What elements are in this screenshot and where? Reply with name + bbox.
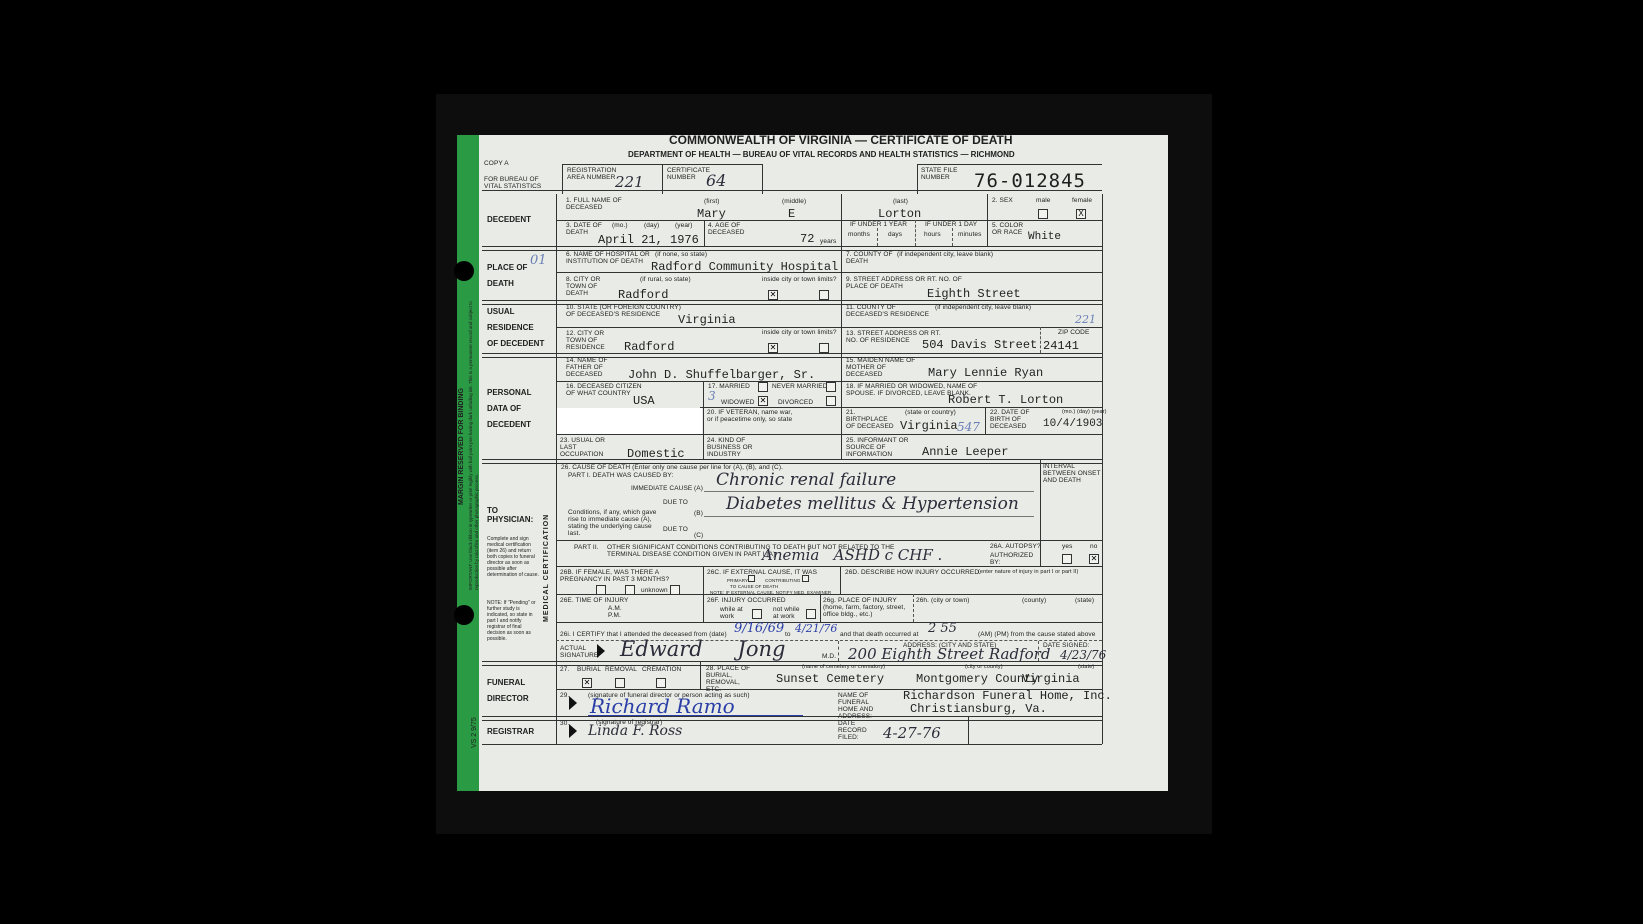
section-place-of: PLACE OF — [487, 263, 527, 272]
race: White — [1028, 231, 1061, 243]
cause-a: Chronic renal failure — [716, 470, 896, 490]
date-of-death: April 21, 1976 — [598, 233, 699, 247]
registrar-signature: Linda F. Ross — [588, 723, 682, 739]
redacted-field-19 — [557, 408, 702, 434]
mo-label: (mo.) — [612, 222, 628, 229]
section-funeral: FUNERAL — [487, 678, 525, 687]
field-3-label: 3. DATE OF DEATH — [566, 222, 602, 236]
hospital-name: Radford Community Hospital — [651, 260, 838, 274]
part-2-label: PART II. — [574, 544, 599, 551]
days-label: days — [888, 231, 902, 238]
physician-signature: Edward Jong — [620, 637, 785, 661]
examiner-note: NOTE: IF EXTERNAL CAUSE, NOTIFY MED. EXA… — [710, 589, 831, 596]
field-30-label: 30. — [560, 720, 569, 727]
death-inside-yes-checkbox[interactable]: ✕ — [768, 290, 778, 300]
field-6-hint: (if none, so state) — [655, 251, 707, 258]
years-label: years — [820, 238, 836, 245]
pregnancy-unknown-checkbox[interactable] — [670, 585, 680, 595]
year-label: (year) — [675, 222, 693, 229]
to-label: to — [785, 631, 791, 638]
field-10-label: 10. STATE (OR FOREIGN COUNTRY) OF DECEAS… — [566, 304, 686, 318]
state-file-label: STATE FILE NUMBER — [921, 167, 961, 181]
never-married-checkbox[interactable] — [826, 382, 836, 392]
field-28-label: 28. PLACE OF BURIAL, REMOVAL, ETC. — [706, 665, 754, 693]
punch-hole-bottom — [454, 605, 474, 625]
section-decedent: DECEDENT — [487, 215, 531, 224]
funeral-home-label: NAME OF FUNERAL HOME AND ADDRESS: — [838, 692, 890, 720]
not-while-work-label: not while at work — [773, 606, 803, 620]
authorized-label: AUTHORIZED BY: — [990, 552, 1030, 566]
field-7-hint: (if independent city, leave blank) — [897, 251, 993, 258]
informant: Annie Leeper — [922, 445, 1008, 459]
date-filed-label: DATE RECORD FILED: — [838, 720, 884, 741]
field-12-label: 12. CITY OR TOWN OF RESIDENCE — [566, 330, 621, 351]
married-checkbox[interactable] — [758, 382, 768, 392]
widowed-label: WIDOWED — [721, 399, 755, 406]
section-of-decedent: OF DECEDENT — [487, 339, 544, 348]
first-name: Mary — [697, 207, 726, 221]
occupation: Domestic — [627, 447, 685, 461]
divorced-checkbox[interactable] — [826, 396, 836, 406]
field-11-label: 11. COUNTY OF DECEASED'S RESIDENCE — [846, 304, 936, 318]
field-26c-label: 26c. IF EXTERNAL CAUSE, IT WAS — [707, 569, 817, 576]
pm-label: P.M. — [608, 612, 621, 619]
zip-code: 24141 — [1043, 339, 1079, 353]
am-pm-label: (AM) (PM) from the cause stated above — [978, 631, 1096, 638]
certificate-subtitle: DEPARTMENT OF HEALTH — BUREAU OF VITAL R… — [628, 150, 1015, 159]
attended-from-date: 9/16/69 — [734, 621, 784, 636]
death-inside-no-checkbox[interactable] — [819, 290, 829, 300]
citizen-country: USA — [633, 394, 655, 408]
injury-county-label: (county) — [1022, 597, 1046, 604]
field-26e-label: 26e. TIME OF INJURY — [560, 597, 628, 604]
under-year-label: IF UNDER 1 YEAR — [850, 221, 907, 228]
field-26d-label: 26d. DESCRIBE HOW INJURY OCCURRED. — [845, 569, 981, 576]
cause-a-tag: (A) — [694, 485, 703, 492]
time-of-death: 2 55 — [928, 621, 957, 636]
place-code: 01 — [530, 253, 547, 268]
contributing-checkbox[interactable] — [802, 575, 809, 582]
field-4-label: 4. AGE OF DECEASED — [708, 222, 758, 236]
section-death: DEATH — [487, 279, 514, 288]
field-26h-label: 26h. (city or town) — [916, 597, 970, 604]
field-26g-label: 26g. PLACE OF INJURY (home, farm, factor… — [823, 597, 913, 618]
death-occurred-label: and that death occurred at — [840, 631, 919, 638]
widowed-checkbox[interactable]: ✕ — [758, 396, 768, 406]
field-7-label: 7. COUNTY OF DEATH — [846, 251, 894, 265]
burial-county: Montgomery County — [916, 672, 1038, 686]
section-physician: PHYSICIAN: — [487, 515, 533, 524]
female-label: female — [1072, 197, 1092, 204]
birthplace: Virginia — [900, 419, 958, 433]
not-while-work-checkbox[interactable] — [806, 609, 816, 619]
autopsy-yes-label: yes — [1062, 543, 1072, 550]
mother-maiden-name: Mary Lennie Ryan — [928, 366, 1043, 380]
date-signed: 4/23/76 — [1060, 648, 1106, 662]
state-of-residence: Virginia — [678, 313, 736, 327]
md-label: M.D. — [822, 653, 836, 660]
last-name-label: (last) — [893, 198, 908, 205]
section-registrar: REGISTRAR — [487, 727, 534, 736]
removal-label: REMOVAL — [605, 666, 637, 673]
burial-label: BURIAL — [577, 666, 601, 673]
actual-signature-label: ACTUAL SIGNATURE — [560, 645, 594, 659]
father-name: John D. Shuffelbarger, Sr. — [628, 368, 815, 382]
am-label: A.M. — [608, 605, 622, 612]
field-22-label: 22. DATE OF BIRTH OF DECEASED — [990, 409, 1050, 430]
field-25-label: 25. INFORMANT OR SOURCE OF INFORMATION — [846, 437, 926, 458]
marital-code: 3 — [708, 389, 716, 403]
state-hint: (state) — [1078, 664, 1094, 671]
registrar-arrow-icon — [569, 724, 577, 738]
funeral-home-name: Richardson Funeral Home, Inc. — [903, 689, 1112, 703]
while-work-checkbox[interactable] — [752, 609, 762, 619]
certificate-number: 64 — [706, 171, 726, 190]
birthplace-code: 547 — [957, 420, 980, 434]
funeral-home-city: Christiansburg, Va. — [910, 702, 1047, 716]
field-6-label: 6. NAME OF HOSPITAL OR INSTITUTION OF DE… — [566, 251, 651, 265]
city-of-residence: Radford — [624, 340, 674, 354]
inside-limits-label: inside city or town limits? — [762, 276, 837, 283]
cemetery-name: Sunset Cemetery — [776, 672, 884, 686]
important-note: IMPORTANT: Use black ribbon in typewrite… — [468, 300, 480, 590]
cemetery-hint: (name of cemetery or crematory) — [802, 664, 885, 671]
field-26d-hint: (enter nature of injury in part I or par… — [978, 569, 1079, 576]
field-21-hint: (state or country) — [905, 409, 956, 416]
due-to-label-1: DUE TO — [663, 499, 688, 506]
residence-inside-yes-checkbox[interactable]: ✕ — [768, 343, 778, 353]
first-name-label: (first) — [704, 198, 720, 205]
primary-checkbox[interactable] — [748, 575, 755, 582]
margin-binding-label: MARGIN RESERVED FOR BINDING — [458, 388, 465, 505]
burial-checkbox[interactable]: ✕ — [582, 678, 592, 688]
field-24-label: 24. KIND OF BUSINESS OR INDUSTRY — [707, 437, 777, 458]
field-26f-label: 26f. INJURY OCCURRED — [707, 597, 786, 604]
part-1-label: PART I. DEATH WAS CAUSED BY: — [568, 472, 673, 479]
field-23-label: 23. USUAL OR LAST OCCUPATION — [560, 437, 620, 458]
due-to-label-2: DUE TO — [663, 526, 688, 533]
field-1-label: 1. FULL NAME OF DECEASED — [566, 197, 626, 211]
male-label: male — [1036, 197, 1051, 204]
section-to: TO — [487, 506, 498, 515]
male-checkbox[interactable] — [1038, 209, 1048, 219]
never-married-label: NEVER MARRIED — [772, 383, 827, 390]
cause-c-tag: (C) — [694, 532, 703, 539]
unknown-label: unknown — [641, 587, 668, 594]
date-of-birth: 10/4/1903 — [1043, 418, 1102, 430]
field-26b-label: 26b. IF FEMALE, WAS THERE A PREGNANCY IN… — [560, 569, 700, 583]
field-22-hint: (mo.) (day) (year) — [1062, 409, 1107, 416]
field-5-label: 5. COLOR OR RACE — [992, 222, 1028, 236]
autopsy-yes-checkbox[interactable] — [1062, 554, 1072, 564]
for-bureau-label: FOR BUREAU OF VITAL STATISTICS — [484, 176, 546, 190]
part-2-conditions: Anemia ASHD c CHF . — [762, 546, 942, 564]
field-8-label: 8. CITY OR TOWN OF DEATH — [566, 276, 621, 297]
medical-certification-label: MEDICAL CERTIFICATION — [543, 514, 550, 622]
residence-inside-no-checkbox[interactable] — [819, 343, 829, 353]
zip-label: ZIP CODE — [1058, 329, 1089, 336]
field-11-hint: (if independent city, leave blank) — [935, 304, 1031, 311]
conditions-note: Conditions, if any, which gave rise to i… — [568, 509, 664, 537]
hours-label: hours — [924, 231, 941, 238]
field-27-label: 27. — [560, 666, 569, 673]
while-work-label: while at work — [720, 606, 744, 620]
divorced-label: DIVORCED — [778, 399, 813, 406]
physician-note: Complete and sign medical certification … — [487, 536, 539, 578]
minutes-label: minutes — [958, 231, 981, 238]
physician-address: 200 Eighth Street Radford — [848, 645, 1050, 663]
certificate-number-label: CERTIFICATE NUMBER — [667, 167, 711, 181]
section-personal: PERSONAL — [487, 388, 531, 397]
burial-state: Virginia — [1022, 672, 1080, 686]
autopsy-label: 26a. AUTOPSY? — [990, 543, 1041, 550]
cause-b: Diabetes mellitus & Hypertension — [726, 494, 1019, 514]
signature-arrow-icon — [597, 644, 605, 658]
sex-label: 2. SEX — [992, 197, 1013, 204]
middle-name-label: (middle) — [782, 198, 806, 205]
attended-to-date: 4/21/76 — [795, 622, 837, 635]
field-29-label: 29. — [560, 692, 569, 699]
female-checkbox[interactable]: X — [1076, 209, 1086, 219]
section-usual: USUAL — [487, 307, 515, 316]
interval-label: INTERVAL BETWEEN ONSET AND DEATH — [1043, 463, 1103, 484]
cause-b-tag: (B) — [694, 510, 703, 517]
last-name: Lorton — [878, 207, 921, 221]
field-20-label: 20. IF VETERAN, name war, or if peacetim… — [707, 409, 797, 423]
copy-label: COPY A — [484, 160, 509, 167]
autopsy-no-label: no — [1090, 543, 1097, 550]
field-15-label: 15. MAIDEN NAME OF MOTHER OF DECEASED — [846, 357, 916, 378]
day-label: (day) — [644, 222, 659, 229]
field-21-label: 21. BIRTHPLACE OF DECEASED — [846, 409, 896, 430]
registration-number: 221 — [615, 173, 644, 191]
months-label: months — [848, 231, 870, 238]
injury-state-label: (state) — [1075, 597, 1094, 604]
under-day-label: IF UNDER 1 DAY — [925, 221, 977, 228]
section-director: DIRECTOR — [487, 694, 529, 703]
form-code: VS 2 9/75 — [471, 717, 478, 748]
inside-limits-label-2: inside city or town limits? — [762, 329, 837, 336]
punch-hole-top — [454, 261, 474, 281]
middle-name: E — [788, 207, 795, 221]
certificate-title: COMMONWEALTH OF VIRGINIA — CERTIFICATE O… — [669, 133, 1013, 147]
field-14-label: 14. NAME OF FATHER OF DECEASED — [566, 357, 631, 378]
pending-note: NOTE: If "Pending" or further study is i… — [487, 600, 539, 642]
section-residence: RESIDENCE — [487, 323, 534, 332]
cremation-checkbox[interactable] — [656, 678, 666, 688]
date-filed: 4-27-76 — [883, 724, 941, 742]
age: 72 — [800, 232, 814, 246]
state-file-number: 76-012845 — [974, 170, 1086, 192]
spouse-name: Robert T. Lorton — [948, 393, 1063, 407]
registration-label: REGISTRATION AREA NUMBER — [567, 167, 617, 181]
county-code: 221 — [1075, 313, 1096, 326]
removal-checkbox[interactable] — [615, 678, 625, 688]
autopsy-no-checkbox[interactable]: ✕ — [1089, 554, 1099, 564]
cremation-label: CREMATION — [642, 666, 681, 673]
pregnancy-yes-checkbox[interactable] — [596, 585, 606, 595]
field-8-hint: (if rural, so state) — [640, 276, 691, 283]
pregnancy-no-checkbox[interactable] — [625, 585, 635, 595]
city-hint: (city or county) — [965, 664, 1003, 671]
street-of-residence: 504 Davis Street — [922, 338, 1037, 352]
director-arrow-icon — [569, 696, 577, 710]
street-of-death: Eighth Street — [927, 287, 1021, 301]
city-of-death: Radford — [618, 288, 668, 302]
section-data-of: DATA OF — [487, 404, 521, 413]
immediate-cause-label: IMMEDIATE CAUSE — [631, 485, 692, 492]
section-decedent-2: DECEDENT — [487, 420, 531, 429]
